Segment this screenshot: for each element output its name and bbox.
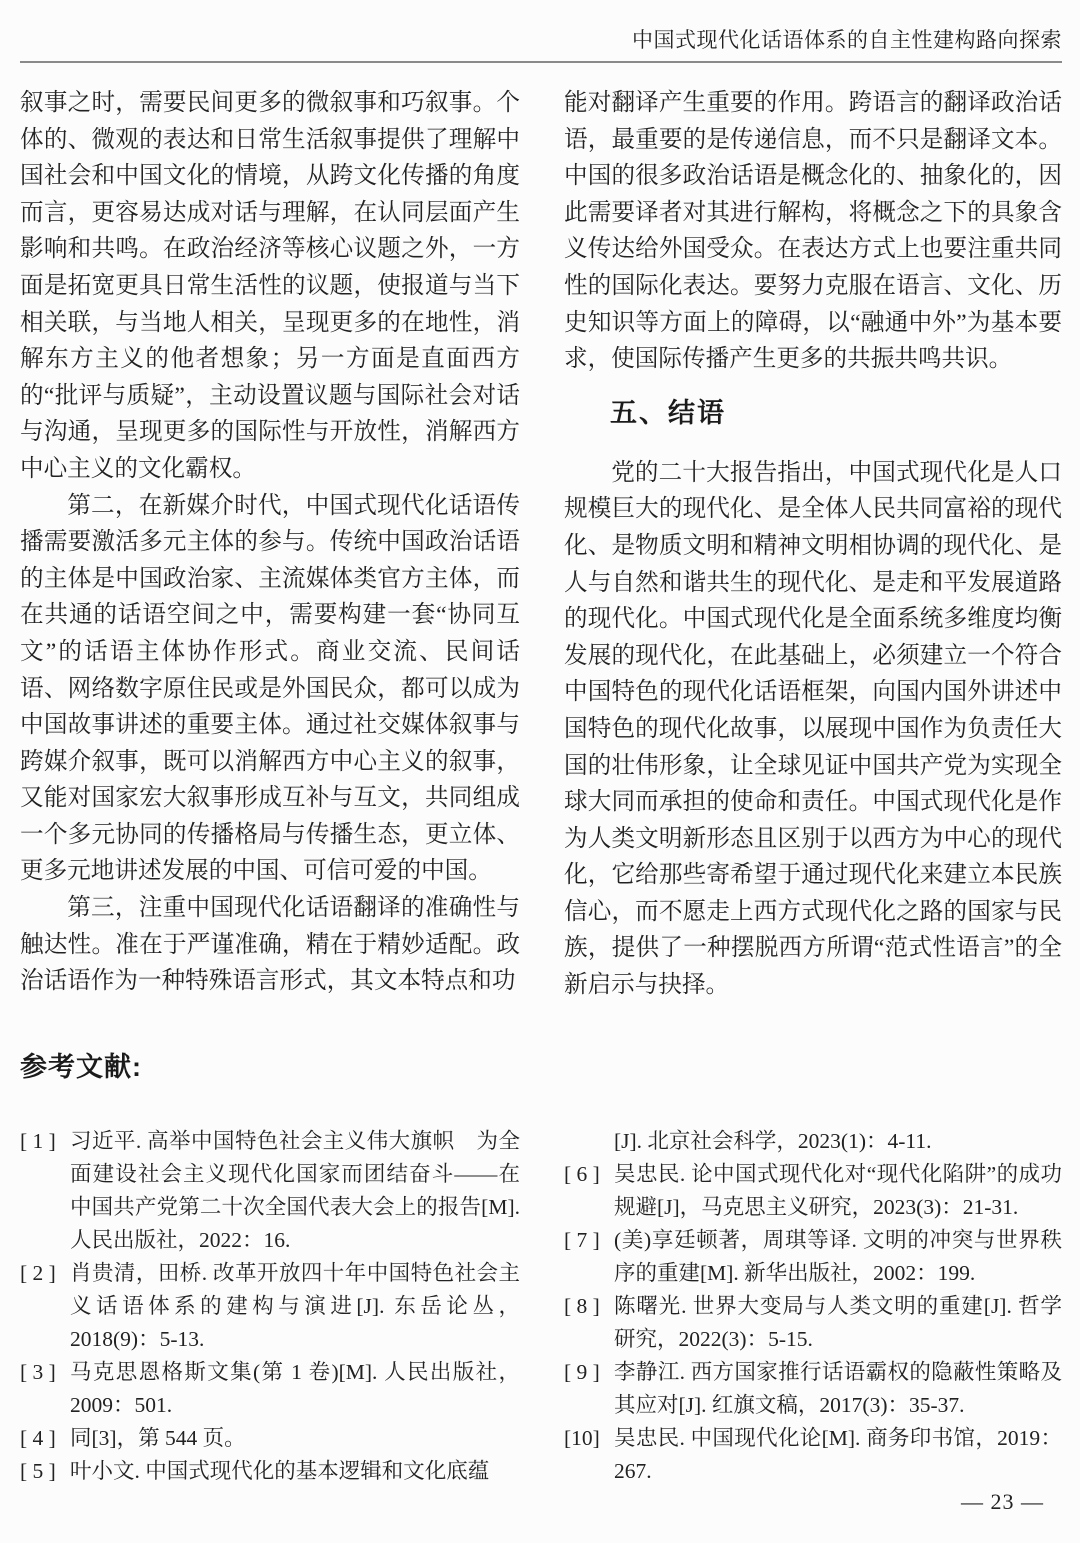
reference-item: [ 4 ] 同[3]，第 544 页。	[20, 1422, 520, 1455]
reference-text: 习近平. 高举中国特色社会主义伟大旗帜 为全面建设社会主义现代化国家而团结奋斗—…	[70, 1125, 520, 1257]
reference-text: 肖贵清，田桥. 改革开放四十年中国特色社会主义话语体系的建构与演进[J]. 东岳…	[70, 1257, 520, 1356]
reference-item: [ 9 ] 李静江. 西方国家推行话语霸权的隐蔽性策略及其应对[J]. 红旗文稿…	[564, 1356, 1062, 1422]
section-heading-conclusion: 五、结语	[564, 398, 1062, 428]
reference-text: 叶小文. 中国式现代化的基本逻辑和文化底蕴	[70, 1455, 520, 1488]
reference-number: [ 2 ]	[20, 1257, 70, 1356]
reference-text: (美)享廷顿著，周琪等译. 文明的冲突与世界秩序的重建[M]. 新华出版社，20…	[614, 1224, 1062, 1290]
reference-number: [ 5 ]	[20, 1455, 70, 1488]
reference-number: [ 1 ]	[20, 1125, 70, 1257]
reference-text: 马克思恩格斯文集(第 1 卷)[M]. 人民出版社，2009：501.	[70, 1356, 520, 1422]
reference-item: [ 6 ] 吴忠民. 论中国式现代化对“现代化陷阱”的成功规避[J]，马克思主义…	[564, 1158, 1062, 1224]
reference-item: [ 2 ] 肖贵清，田桥. 改革开放四十年中国特色社会主义话语体系的建构与演进[…	[20, 1257, 520, 1356]
reference-text: 同[3]，第 544 页。	[70, 1422, 520, 1455]
reference-item: [ 3 ] 马克思恩格斯文集(第 1 卷)[M]. 人民出版社，2009：501…	[20, 1356, 520, 1422]
reference-continuation: [J]. 北京社会科学，2023(1)：4-11.	[564, 1125, 1062, 1158]
reference-text: [J]. 北京社会科学，2023(1)：4-11.	[614, 1125, 1062, 1158]
header-rule	[20, 61, 1062, 63]
reference-item: [ 8 ] 陈曙光. 世界大变局与人类文明的重建[J]. 哲学研究，2022(3…	[564, 1290, 1062, 1356]
reference-text: 李静江. 西方国家推行话语霸权的隐蔽性策略及其应对[J]. 红旗文稿，2017(…	[614, 1356, 1062, 1422]
references-column-right: [J]. 北京社会科学，2023(1)：4-11. [ 6 ] 吴忠民. 论中国…	[564, 1125, 1062, 1488]
reference-item: [ 1 ] 习近平. 高举中国特色社会主义伟大旗帜 为全面建设社会主义现代化国家…	[20, 1125, 520, 1257]
body-paragraph: 能对翻译产生重要的作用。跨语言的翻译政治话语，最重要的是传递信息，而不只是翻译文…	[564, 85, 1062, 378]
reference-number: [10]	[564, 1422, 614, 1488]
reference-item: [ 5 ] 叶小文. 中国式现代化的基本逻辑和文化底蕴	[20, 1455, 520, 1488]
reference-text: 吴忠民. 论中国式现代化对“现代化陷阱”的成功规避[J]，马克思主义研究，202…	[614, 1158, 1062, 1224]
journal-page: 中国式现代化话语体系的自主性建构路向探索 叙事之时，需要民间更多的微叙事和巧叙事…	[0, 0, 1080, 1543]
references-heading: 参考文献:	[20, 1052, 1062, 1082]
running-head: 中国式现代化话语体系的自主性建构路向探索	[20, 0, 1062, 53]
references-columns: [ 1 ] 习近平. 高举中国特色社会主义伟大旗帜 为全面建设社会主义现代化国家…	[20, 1125, 1062, 1488]
body-paragraph: 第三，注重中国现代化话语翻译的准确性与触达性。准在于严谨准确，精在于精妙适配。政…	[20, 890, 520, 1000]
reference-number: [ 4 ]	[20, 1422, 70, 1455]
reference-number	[564, 1125, 614, 1158]
reference-text: 陈曙光. 世界大变局与人类文明的重建[J]. 哲学研究，2022(3)：5-15…	[614, 1290, 1062, 1356]
reference-number: [ 7 ]	[564, 1224, 614, 1290]
body-column-left: 叙事之时，需要民间更多的微叙事和巧叙事。个体的、微观的表达和日常生活叙事提供了理…	[20, 85, 520, 1004]
reference-number: [ 6 ]	[564, 1158, 614, 1224]
reference-number: [ 9 ]	[564, 1356, 614, 1422]
references-column-left: [ 1 ] 习近平. 高举中国特色社会主义伟大旗帜 为全面建设社会主义现代化国家…	[20, 1125, 520, 1488]
body-column-right: 能对翻译产生重要的作用。跨语言的翻译政治话语，最重要的是传递信息，而不只是翻译文…	[564, 85, 1062, 1004]
body-columns: 叙事之时，需要民间更多的微叙事和巧叙事。个体的、微观的表达和日常生活叙事提供了理…	[20, 85, 1062, 1004]
page-number: — 23 —	[961, 1489, 1044, 1515]
body-paragraph: 党的二十大报告指出，中国式现代化是人口规模巨大的现代化、是全体人民共同富裕的现代…	[564, 455, 1062, 1004]
reference-item: [10] 吴忠民. 中国现代化论[M]. 商务印书馆，2019：267.	[564, 1422, 1062, 1488]
body-paragraph: 叙事之时，需要民间更多的微叙事和巧叙事。个体的、微观的表达和日常生活叙事提供了理…	[20, 85, 520, 488]
body-paragraph: 第二，在新媒介时代，中国式现代化话语传播需要激活多元主体的参与。传统中国政治话语…	[20, 488, 520, 891]
reference-text: 吴忠民. 中国现代化论[M]. 商务印书馆，2019：267.	[614, 1422, 1062, 1488]
reference-item: [ 7 ] (美)享廷顿著，周琪等译. 文明的冲突与世界秩序的重建[M]. 新华…	[564, 1224, 1062, 1290]
reference-number: [ 3 ]	[20, 1356, 70, 1422]
reference-number: [ 8 ]	[564, 1290, 614, 1356]
